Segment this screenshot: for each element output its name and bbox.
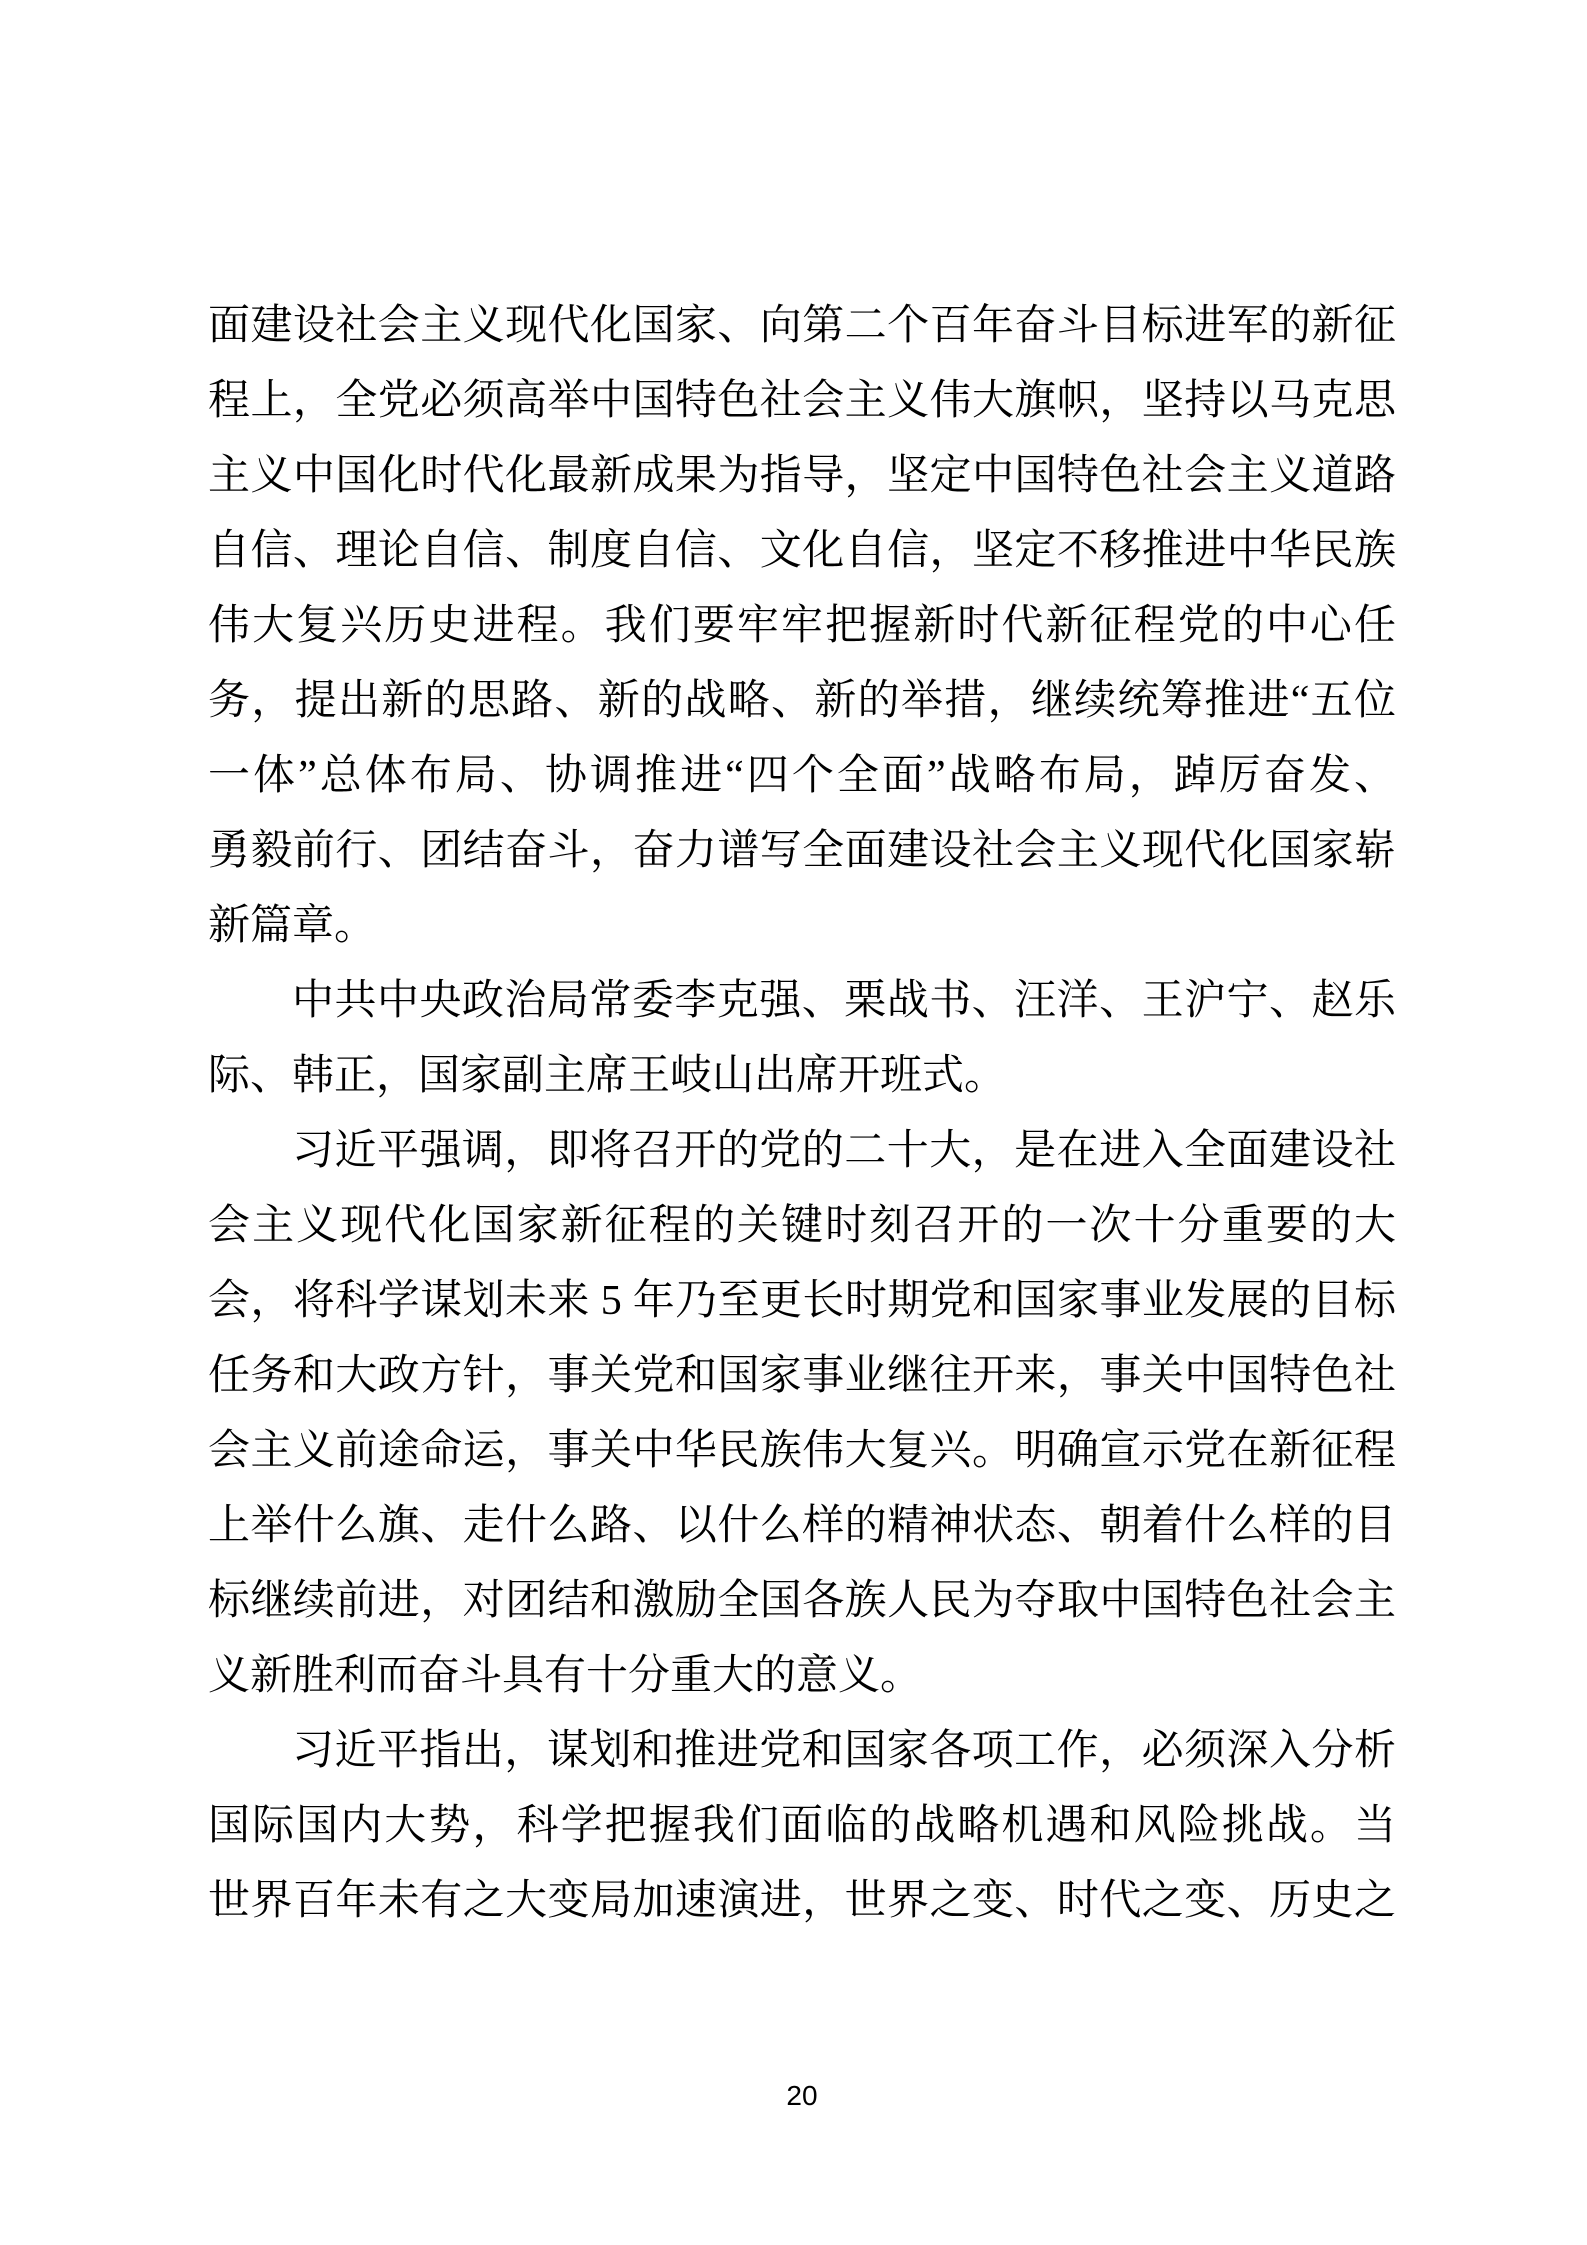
paragraph-3: 习近平强调，即将召开的党的二十大，是在进入全面建设社 会主义现代化国家新征程的关…	[208, 1114, 1396, 1714]
page-footer: 20	[208, 2080, 1396, 2117]
text-line: 上举什么旗、走什么路、以什么样的精神状态、朝着什么样的目	[208, 1489, 1396, 1564]
page-number: 20	[786, 2080, 817, 2111]
text-line: 一体”总体布局、协调推进“四个全面”战略布局，踔厉奋发、	[208, 739, 1396, 814]
text-line: 习近平指出，谋划和推进党和国家各项工作，必须深入分析	[208, 1714, 1396, 1789]
text-line: 主义中国化时代化最新成果为指导，坚定中国特色社会主义道路	[208, 439, 1396, 514]
text-line: 任务和大政方针，事关党和国家事业继往开来，事关中国特色社	[208, 1339, 1396, 1414]
text-line: 伟大复兴历史进程。我们要牢牢把握新时代新征程党的中心任	[208, 589, 1396, 664]
text-line: 面建设社会主义现代化国家、向第二个百年奋斗目标进军的新征	[208, 289, 1396, 364]
document-body: 面建设社会主义现代化国家、向第二个百年奋斗目标进军的新征 程上，全党必须高举中国…	[208, 289, 1396, 1939]
paragraph-4: 习近平指出，谋划和推进党和国家各项工作，必须深入分析 国际国内大势，科学把握我们…	[208, 1714, 1396, 1939]
text-line: 会主义前途命运，事关中华民族伟大复兴。明确宣示党在新征程	[208, 1414, 1396, 1489]
text-line: 际、韩正，国家副主席王岐山出席开班式。	[208, 1039, 1396, 1114]
text-line: 新篇章。	[208, 889, 1396, 964]
text-line: 程上，全党必须高举中国特色社会主义伟大旗帜，坚持以马克思	[208, 364, 1396, 439]
text-line: 国际国内大势，科学把握我们面临的战略机遇和风险挑战。当前，	[208, 1789, 1396, 1864]
document-page: 面建设社会主义现代化国家、向第二个百年奋斗目标进军的新征 程上，全党必须高举中国…	[0, 0, 1587, 2245]
text-line: 会主义现代化国家新征程的关键时刻召开的一次十分重要的大	[208, 1189, 1396, 1264]
text-line: 标继续前进，对团结和激励全国各族人民为夺取中国特色社会主	[208, 1564, 1396, 1639]
text-line: 义新胜利而奋斗具有十分重大的意义。	[208, 1639, 1396, 1714]
text-line: 中共中央政治局常委李克强、栗战书、汪洋、王沪宁、赵乐	[208, 964, 1396, 1039]
paragraph-2: 中共中央政治局常委李克强、栗战书、汪洋、王沪宁、赵乐 际、韩正，国家副主席王岐山…	[208, 964, 1396, 1114]
text-line: 会，将科学谋划未来 5 年乃至更长时期党和国家事业发展的目标	[208, 1264, 1396, 1339]
text-line: 习近平强调，即将召开的党的二十大，是在进入全面建设社	[208, 1114, 1396, 1189]
text-line: 勇毅前行、团结奋斗，奋力谱写全面建设社会主义现代化国家崭	[208, 814, 1396, 889]
text-line: 务，提出新的思路、新的战略、新的举措，继续统筹推进“五位	[208, 664, 1396, 739]
text-line: 世界百年未有之大变局加速演进，世界之变、时代之变、历史之	[208, 1864, 1396, 1939]
text-line: 自信、理论自信、制度自信、文化自信，坚定不移推进中华民族	[208, 514, 1396, 589]
paragraph-1: 面建设社会主义现代化国家、向第二个百年奋斗目标进军的新征 程上，全党必须高举中国…	[208, 289, 1396, 964]
